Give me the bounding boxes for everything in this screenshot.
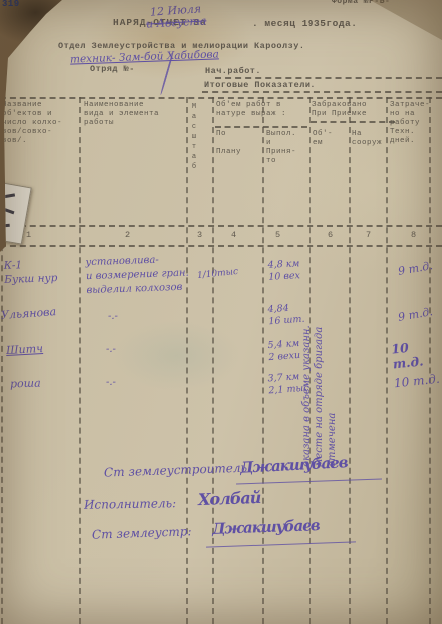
rule <box>202 91 442 93</box>
row1-work: установлива- и возмерение гран. выделил … <box>85 252 211 298</box>
column-rule <box>1 225 3 624</box>
rule <box>215 126 307 128</box>
signature2-name: Холбай <box>198 488 261 509</box>
row3-work: -.- <box>106 344 116 355</box>
section-heading: Итоговые Показатели. <box>204 80 316 90</box>
rule <box>0 245 442 247</box>
header-days-spent: Затраче- но на работу Техн. дней. <box>390 101 440 146</box>
signature1-name: Джакшубаев <box>240 453 348 477</box>
signature2-label: Исполнитель: <box>84 496 176 512</box>
column-number: 7 <box>366 230 372 240</box>
column-rule <box>212 97 214 624</box>
header-work-type: Наименование вида и элемента работы <box>84 101 186 128</box>
column-number: 3 <box>197 230 203 240</box>
signature1-label: Ст землеустроитель: <box>104 460 252 479</box>
header-done-accepted: Выпол. и Приня- то <box>266 130 308 166</box>
column-rule <box>386 97 388 624</box>
rule <box>0 225 442 227</box>
row3-days: 10 т.д. <box>391 336 442 371</box>
column-rule <box>79 97 81 624</box>
column-number: 5 <box>275 230 281 240</box>
paper-sheet: Форма №Р-Б- НАРЯД-ОТЧЕТ За . месяц 1935г… <box>0 0 442 624</box>
rule <box>311 121 395 123</box>
corner-number: 319 <box>2 0 20 9</box>
row4-object: роша <box>10 376 41 390</box>
report-title-year: . месяц 1935года. <box>252 18 357 29</box>
row4-work: -.- <box>106 377 116 388</box>
header-rejected-volume: Об'- ем <box>313 130 347 148</box>
corner-shadow <box>370 0 442 40</box>
header-by-plan: По Плану <box>216 130 260 157</box>
column-number: 2 <box>125 230 131 240</box>
row4-days: 10 т.д. <box>393 372 440 391</box>
column-number: 6 <box>328 230 334 240</box>
scanned-document: 319 Форма №Р-Б- НАРЯД-ОТЧЕТ За . месяц 1… <box>0 0 442 624</box>
nach-rabot-label: Нач.работ. <box>205 66 261 76</box>
signature3-name: Джакшубаев <box>212 516 320 538</box>
header-volume-group: Об'ем работ в натуре выраж : <box>216 101 308 119</box>
row1-object: К-1 Букш нур <box>4 257 58 287</box>
row2-object: Ульянова <box>1 305 57 322</box>
row1-done: 4,8 км 10 вех <box>267 258 300 284</box>
rule <box>215 77 442 79</box>
column-number: 4 <box>231 230 237 240</box>
column-rule <box>186 97 188 624</box>
signature3-label: Ст землеустр: <box>92 524 192 541</box>
handwritten-date-struck: и Августа <box>146 14 207 30</box>
vertical-margin-note: оказана в объеме указанн. месте на отряд… <box>300 247 344 467</box>
row3-done: 5,4 км 2 вехи <box>267 338 300 364</box>
header-scale: Масштаб <box>190 103 198 189</box>
row3-object: Шитч <box>6 342 44 357</box>
table-top-rule <box>0 97 442 99</box>
column-number: 8 <box>411 230 417 240</box>
row2-work: -.- <box>108 311 118 322</box>
header-on-structures: На сооруж <box>352 130 385 148</box>
signature3-underline <box>206 541 356 547</box>
header-objects: Название об'ектов и число колхо- зов/сов… <box>2 101 78 146</box>
column-number: 1 <box>26 230 32 240</box>
header-rejected-group: Забраковано При Приемке <box>312 101 398 119</box>
otryad-label: Отряд №- <box>90 64 135 74</box>
column-rule <box>349 97 351 624</box>
